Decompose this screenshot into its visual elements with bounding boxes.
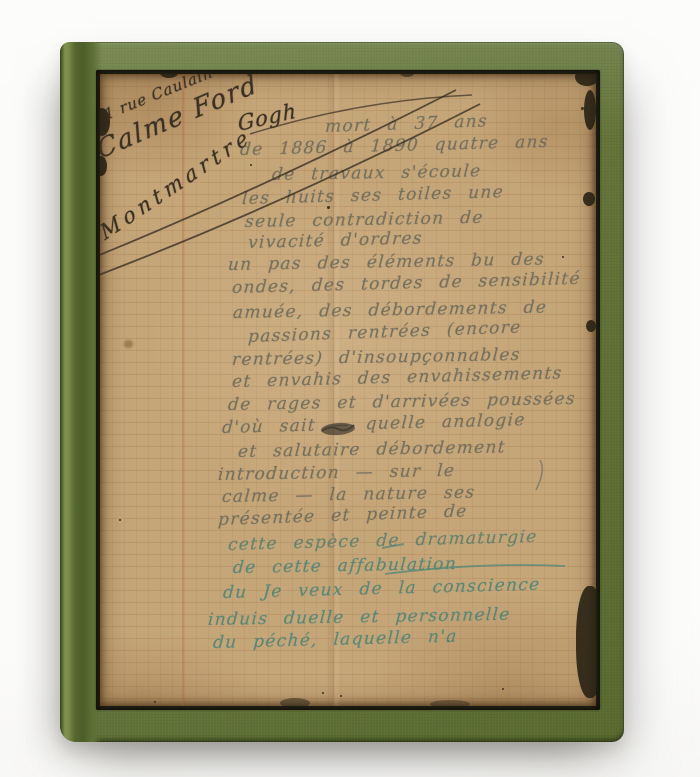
manuscript-line: induis duelle et personnelle (207, 607, 511, 629)
manuscript-line: vivacité d'ordres (247, 230, 423, 252)
paper-speck (340, 695, 342, 697)
paper-tear (575, 74, 596, 86)
manuscript-line: et salutaire débordement (237, 439, 506, 461)
paper-tear (583, 192, 595, 206)
manuscript-line: et envahis des envahissements (231, 365, 563, 391)
paper-tear (400, 74, 414, 77)
manuscript-line: seule contradiction de (244, 210, 484, 231)
paper-stain (124, 340, 133, 348)
manuscript-line: de cette affabulation (232, 556, 457, 577)
paper-tear (576, 586, 596, 698)
frame-recess: mort à 37 ans de 1886 à 1890 quatre ans … (96, 70, 600, 710)
paper-speck (562, 256, 564, 258)
paper-speck (250, 164, 252, 166)
photo-of-manuscript-book: mort à 37 ans de 1886 à 1890 quatre ans … (0, 0, 700, 777)
paper-speck (119, 519, 121, 521)
manuscript-line: ondes, des tordes de sensibilité (231, 271, 581, 297)
manuscript-line: de 1886 à 1890 quatre ans (239, 134, 549, 159)
paper-speck (581, 107, 584, 110)
manuscript-line: du péché, laquelle n'a (212, 629, 458, 652)
manuscript-line: présentée et peinte de (218, 503, 468, 529)
manuscript-line: mort à 37 ans (325, 113, 489, 136)
manuscript-line: les huits ses toiles une (241, 184, 504, 208)
paper-tear (586, 320, 596, 332)
manuscript-line: du Je veux de la conscience (222, 577, 540, 602)
manuscript-line: de travaux s'écoule (271, 163, 482, 184)
manuscript-line: passions rentrées (encore (248, 319, 522, 346)
paper-speck (154, 701, 156, 703)
paper-tear (584, 90, 596, 130)
paper-speck (502, 688, 504, 690)
book-cover: mort à 37 ans de 1886 à 1890 quatre ans … (60, 42, 624, 742)
manuscript-line: introduction — sur le (217, 463, 455, 484)
paper-speck (322, 692, 324, 694)
manuscript-line: d'où sait — quelle analogie (221, 412, 526, 437)
manuscript-page: mort à 37 ans de 1886 à 1890 quatre ans … (100, 74, 596, 706)
manuscript-line: cette espèce de dramaturgie (227, 529, 537, 554)
paper-tear (280, 698, 310, 706)
paper-tear (430, 700, 470, 706)
